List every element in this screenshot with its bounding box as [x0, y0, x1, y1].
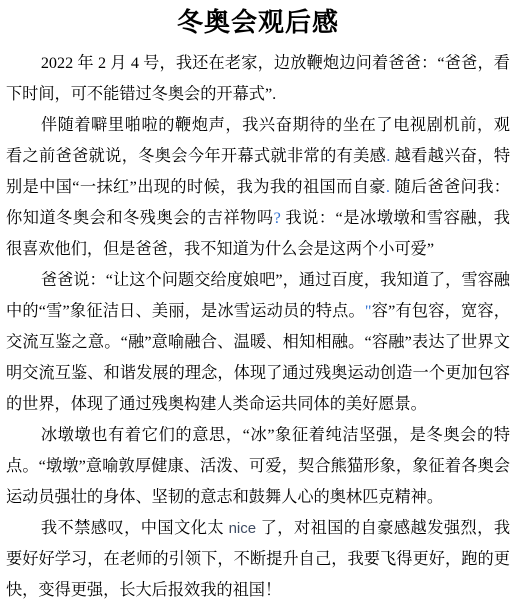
text-segment: 冰墩墩也有着它们的意思，“冰”象征着纯洁坚强，是冬奥会的特点。“墩墩”意喻敦厚健… [6, 426, 510, 506]
paragraph: 2022 年 2 月 4 号，我还在老家，边放鞭炮边问着爸爸：“爸爸，看下时间，… [6, 48, 510, 110]
paragraph: 爸爸说：“让这个问题交给度娘吧”，通过百度，我知道了，雪容融中的“雪”象征洁日、… [6, 265, 510, 420]
document-body: 2022 年 2 月 4 号，我还在老家，边放鞭炮边问着爸爸：“爸爸，看下时间，… [6, 48, 510, 603]
text-segment-blue: " [365, 302, 372, 320]
paragraph: 我不禁感叹，中国文化太 nice 了，对祖国的自豪感越发强烈，我要好好学习，在老… [6, 513, 510, 603]
paragraph: 伴随着噼里啪啦的鞭炮声，我兴奋期待的坐在了电视剧机前，观看之前爸爸就说，冬奥会今… [6, 110, 510, 265]
text-segment-blue: ? [274, 209, 281, 227]
document-page: 冬奥会观后感 2022 年 2 月 4 号，我还在老家，边放鞭炮边问着爸爸：“爸… [0, 0, 516, 603]
text-segment: 2022 年 2 月 4 号，我还在老家，边放鞭炮边问着爸爸：“爸爸，看下时间，… [6, 54, 510, 103]
text-segment-latin: nice [229, 520, 257, 537]
document-title: 冬奥会观后感 [6, 5, 510, 39]
paragraph: 冰墩墩也有着它们的意思，“冰”象征着纯洁坚强，是冬奥会的特点。“墩墩”意喻敦厚健… [6, 420, 510, 513]
text-segment: 我不禁感叹，中国文化太 [41, 519, 229, 537]
